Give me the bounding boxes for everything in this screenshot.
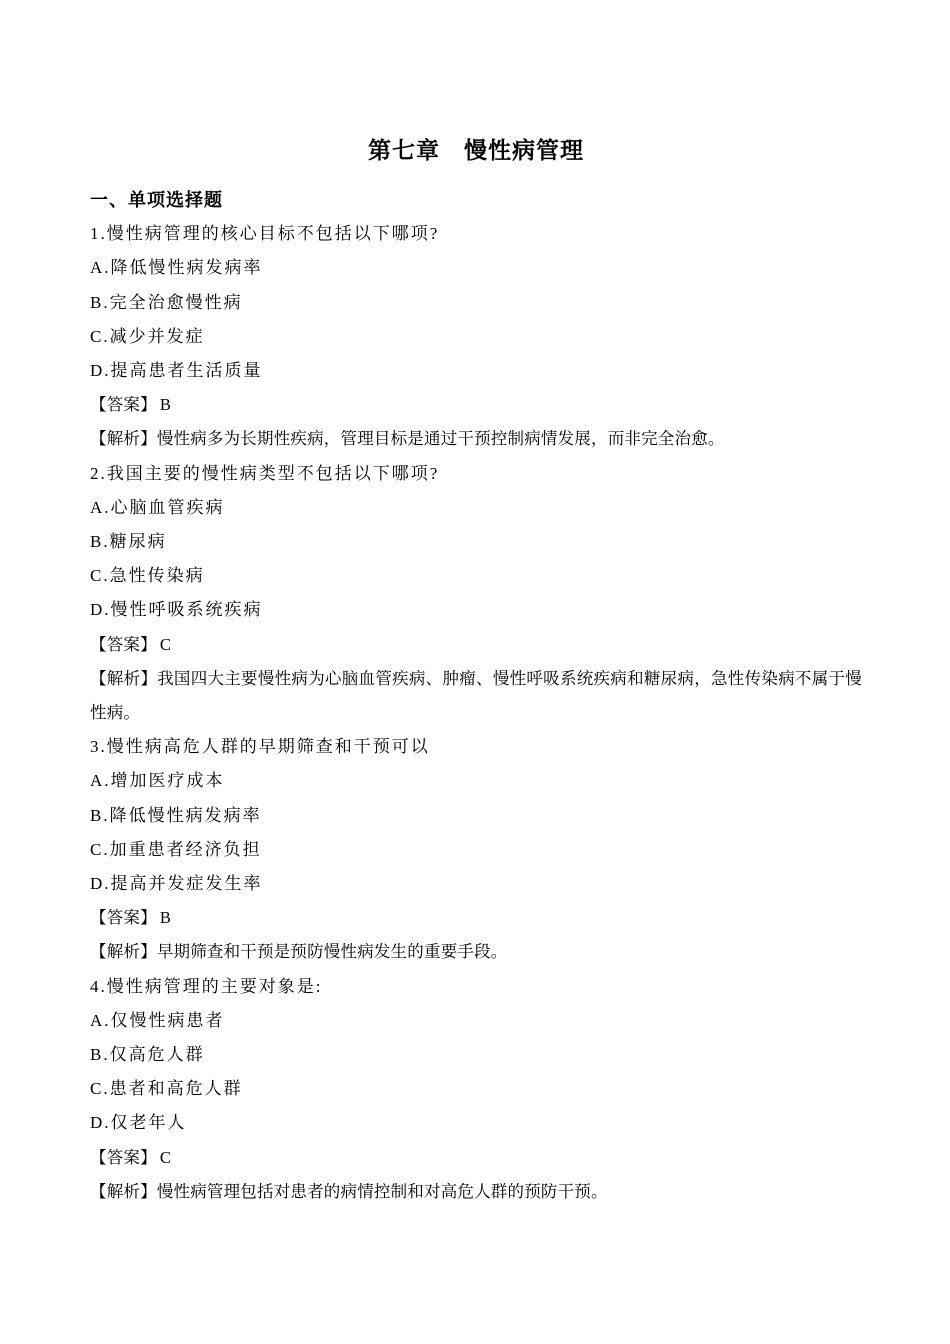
question-2: 2.我国主要的慢性病类型不包括以下哪项? A.心脑血管疾病 B.糖尿病 C.急性… bbox=[90, 457, 862, 731]
document-page: 第七章 慢性病管理 一、单项选择题 1.慢性病管理的核心目标不包括以下哪项? A… bbox=[0, 0, 950, 1344]
question-3: 3.慢性病高危人群的早期筛查和干预可以 A.增加医疗成本 B.降低慢性病发病率 … bbox=[90, 730, 862, 969]
question-2-option-b: B.糖尿病 bbox=[90, 525, 862, 559]
question-3-option-b: B.降低慢性病发病率 bbox=[90, 799, 862, 833]
explanation-label: 【解析】 bbox=[90, 1182, 157, 1201]
question-1: 1.慢性病管理的核心目标不包括以下哪项? A.降低慢性病发病率 B.完全治愈慢性… bbox=[90, 217, 862, 456]
question-1-explanation-line: 【解析】慢性病多为长期性疾病，管理目标是通过干预控制病情发展，而非完全治愈。 bbox=[90, 422, 862, 456]
question-3-explanation-line: 【解析】早期筛查和干预是预防慢性病发生的重要手段。 bbox=[90, 935, 862, 969]
answer-label: 【答案】 bbox=[90, 635, 157, 654]
question-1-option-d: D.提高患者生活质量 bbox=[90, 354, 862, 388]
question-3-option-c: C.加重患者经济负担 bbox=[90, 833, 862, 867]
question-3-explanation-text: 早期筛查和干预是预防慢性病发生的重要手段。 bbox=[157, 942, 508, 961]
question-4-stem: 4.慢性病管理的主要对象是: bbox=[90, 970, 862, 1004]
question-3-stem: 3.慢性病高危人群的早期筛查和干预可以 bbox=[90, 730, 862, 764]
question-3-answer-value: B bbox=[160, 908, 171, 927]
question-1-answer-line: 【答案】B bbox=[90, 388, 862, 422]
question-2-option-d: D.慢性呼吸系统疾病 bbox=[90, 593, 862, 627]
question-3-answer-line: 【答案】B bbox=[90, 901, 862, 935]
question-2-explanation-line: 【解析】我国四大主要慢性病为心脑血管疾病、肿瘤、慢性呼吸系统疾病和糖尿病，急性传… bbox=[90, 662, 862, 730]
question-1-explanation-text: 慢性病多为长期性疾病，管理目标是通过干预控制病情发展，而非完全治愈。 bbox=[157, 429, 725, 448]
question-2-stem: 2.我国主要的慢性病类型不包括以下哪项? bbox=[90, 457, 862, 491]
question-4-option-d: D.仅老年人 bbox=[90, 1106, 862, 1140]
question-4-answer-value: C bbox=[160, 1148, 171, 1167]
question-3-option-a: A.增加医疗成本 bbox=[90, 764, 862, 798]
question-4-option-b: B.仅高危人群 bbox=[90, 1038, 862, 1072]
question-1-option-c: C.减少并发症 bbox=[90, 320, 862, 354]
question-2-answer-line: 【答案】C bbox=[90, 628, 862, 662]
question-4-explanation-text: 慢性病管理包括对患者的病情控制和对高危人群的预防干预。 bbox=[157, 1182, 608, 1201]
answer-label: 【答案】 bbox=[90, 395, 157, 414]
question-1-stem: 1.慢性病管理的核心目标不包括以下哪项? bbox=[90, 217, 862, 251]
question-4-explanation-line: 【解析】慢性病管理包括对患者的病情控制和对高危人群的预防干预。 bbox=[90, 1175, 862, 1209]
answer-label: 【答案】 bbox=[90, 1148, 157, 1167]
question-2-answer-value: C bbox=[160, 635, 171, 654]
explanation-label: 【解析】 bbox=[90, 942, 157, 961]
question-4-option-c: C.患者和高危人群 bbox=[90, 1072, 862, 1106]
question-4: 4.慢性病管理的主要对象是: A.仅慢性病患者 B.仅高危人群 C.患者和高危人… bbox=[90, 970, 862, 1209]
question-4-answer-line: 【答案】C bbox=[90, 1141, 862, 1175]
question-3-option-d: D.提高并发症发生率 bbox=[90, 867, 862, 901]
explanation-label: 【解析】 bbox=[90, 669, 157, 688]
question-4-option-a: A.仅慢性病患者 bbox=[90, 1004, 862, 1038]
question-2-explanation-text: 我国四大主要慢性病为心脑血管疾病、肿瘤、慢性呼吸系统疾病和糖尿病，急性传染病不属… bbox=[90, 669, 862, 722]
question-1-option-b: B.完全治愈慢性病 bbox=[90, 286, 862, 320]
question-1-option-a: A.降低慢性病发病率 bbox=[90, 251, 862, 285]
question-2-option-c: C.急性传染病 bbox=[90, 559, 862, 593]
explanation-label: 【解析】 bbox=[90, 429, 157, 448]
question-2-option-a: A.心脑血管疾病 bbox=[90, 491, 862, 525]
question-1-answer-value: B bbox=[160, 395, 171, 414]
chapter-title: 第七章 慢性病管理 bbox=[90, 134, 862, 168]
section-heading: 一、单项选择题 bbox=[90, 183, 862, 217]
answer-label: 【答案】 bbox=[90, 908, 157, 927]
